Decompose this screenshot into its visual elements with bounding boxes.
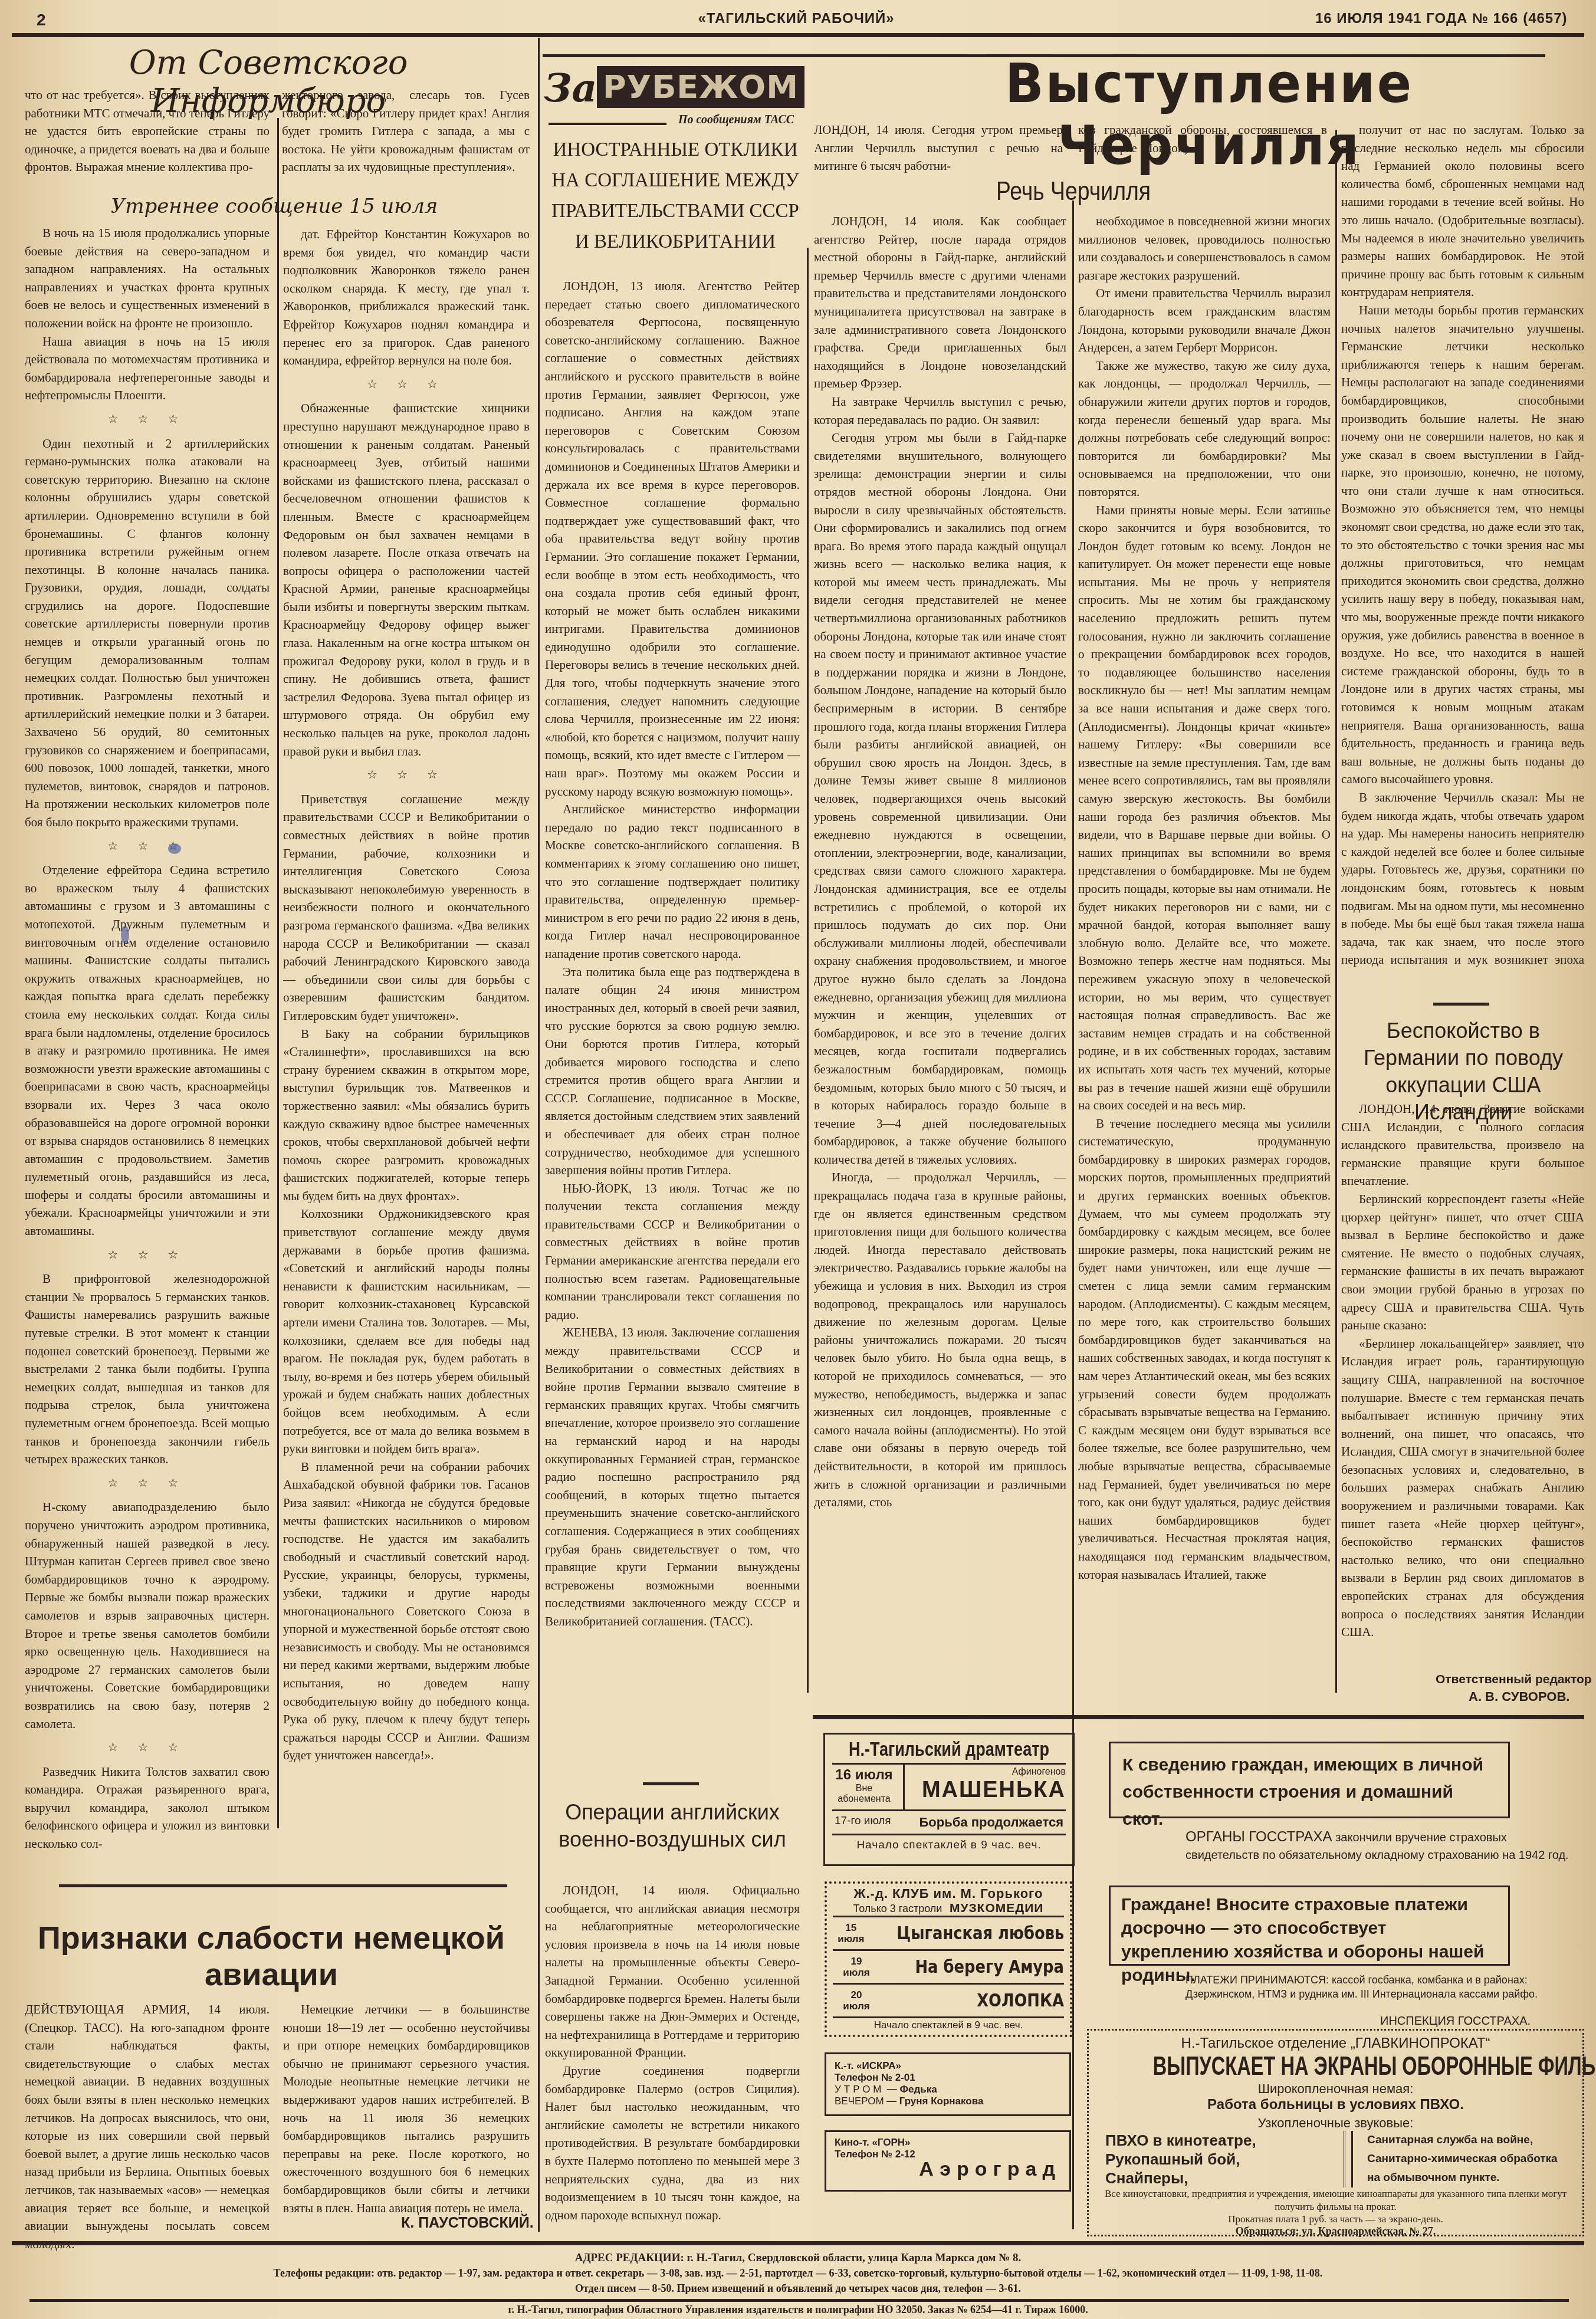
kinoprokat-price: Прокатная плата 1 руб. за часть — за экр… (1089, 2213, 1582, 2225)
page-number: 2 (37, 11, 47, 29)
paragraph: дат. Ефрейтор Константин Кожухаров во вр… (283, 225, 530, 370)
paragraph: В ночь на 15 июля продолжались упорные б… (25, 224, 270, 333)
kinoprokat-line1: Н.-Тагильское отделение „ГЛАВКИНОПРОКАТ“ (1089, 2035, 1582, 2052)
drama-play2: Борьба продолжается (919, 1815, 1063, 1830)
drama-row2: 17-го июля Борьба продолжается (825, 1811, 1073, 1834)
editor-name: А. В. СУВОРОВ. (1469, 1689, 1569, 1704)
kinoprokat-narrow-label: Узкопленочные звуковые: (1089, 2116, 1582, 2131)
iceland-body: ЛОНДОН, 14 июля. Занятие войсками США Ис… (1341, 1100, 1584, 1648)
gosstrakh-text1: ОРГАНЫ ГОССТРАХА закончили вручение стра… (1185, 1828, 1569, 1864)
paragraph: Обнаженные фашистские хищники преступно … (283, 399, 530, 760)
film-title: Санитарная служба на войне, (1367, 2131, 1566, 2150)
ads-top-rule (813, 1715, 1584, 1719)
drama-date1-cell: 16 июля Вне абонемента (825, 1765, 905, 1809)
film-title: на обмывочном пункте. (1367, 2169, 1566, 2187)
column-rule (807, 248, 809, 1693)
club-show-date: 15 июля (833, 1922, 869, 1944)
churchill-lead-col1: ЛОНДОН, 14 июля. Сегодня утром премьер А… (814, 121, 1063, 175)
section-stars: ☆ ☆ ☆ (25, 410, 270, 429)
footer-printer: г. Н.-Тагил, типография Областного Управ… (0, 2304, 1596, 2316)
section-divider (643, 1782, 699, 1785)
iskra-phone: Телефон № 2-01 (835, 2072, 1061, 2084)
newspaper-page: 2 «ТАГИЛЬСКИЙ РАБОЧИЙ» 16 ИЮЛЯ 1941 ГОДА… (0, 0, 1596, 2319)
footer-address: АДРЕС РЕДАКЦИИ: г. Н.-Тагил, Свердловско… (0, 2252, 1596, 2265)
paragraph: Английское министерство информации перед… (545, 800, 800, 963)
footer-top-rule (12, 2241, 1584, 2245)
club-show-date: 20 июля (833, 1989, 880, 2012)
gosstrakh-ad: К сведению граждан, имеющих в личной соб… (1085, 1731, 1584, 1985)
gorn-name: Кино-т. «ГОРН» (835, 2137, 1061, 2149)
column-rule (277, 118, 279, 1828)
gorn-cinema-ad: Кино-т. «ГОРН» Телефон № 2-12 Аэроград (825, 2130, 1071, 2192)
drama-theatre-title: Н.-Тагильский драмтеатр (848, 1738, 1050, 1760)
section-stars: ☆ ☆ ☆ (283, 376, 530, 394)
kinoprokat-separator (1344, 2131, 1353, 2187)
paragraph: НЬЮ-ЙОРК, 13 июля. Тотчас же по получени… (545, 1180, 800, 1324)
section-divider (1433, 1003, 1489, 1006)
kinoprokat-address: Обращаться: ул. Красноармейская, № 27. (1089, 2225, 1582, 2238)
paragraph: необходимое в повседневной жизни многих … (1078, 212, 1331, 284)
gosstrakh-signature: ИНСПЕКЦИЯ ГОССТРАХА. (1380, 2015, 1531, 2028)
kinoprokat-films-left: ПВХО в кинотеатре,Рукопашный бой,Снайпер… (1105, 2131, 1329, 2187)
paragraph: Эта политика была еще раз подтверждена в… (545, 963, 800, 1180)
drama-date2: 17-го июля (835, 1815, 891, 1830)
raf-headline: Операции английских военно-воздушных сил (546, 1799, 799, 1853)
paragraph: «Берлинер локальанцейгер» заявляет, что … (1341, 1335, 1584, 1641)
drama-date1-note: Вне (825, 1783, 903, 1794)
paragraph: Сегодня утром мы были в Гайд-парке свиде… (814, 429, 1066, 1168)
club-show-row: 19 июляНа берегу Амура (833, 1949, 1064, 1983)
iskra-evening-label: ВЕЧЕРОМ (835, 2095, 884, 2107)
footer-rule (29, 2299, 1569, 2302)
paragraph: Другие соединения подвергли бомбардировк… (545, 2062, 800, 2224)
section-stars: ☆ ☆ ☆ (25, 1246, 270, 1264)
iskra-name: К.-т. «ИСКРА» (835, 2060, 1061, 2072)
film-title: Снайперы, (1105, 2169, 1329, 2187)
gosstrakh-text1-lead: ОРГАНЫ ГОССТРАХА (1185, 1829, 1332, 1845)
paragraph: ЖЕНЕВА, 13 июля. Заключение соглашения м… (545, 1323, 800, 1630)
paragraph: ЛОНДОН, 14 июля. Как сообщает агентство … (814, 212, 1066, 393)
paragraph: Н-скому авиаподразделению было поручено … (25, 1498, 270, 1733)
ad-divider (833, 2016, 1064, 2018)
club-subtitle: Только 3 гастроли МУЗКОМЕДИИ (827, 1901, 1070, 1916)
raf-body: ЛОНДОН, 14 июля. Официально сообщается, … (545, 1881, 800, 2229)
club-show-date: 19 июля (833, 1956, 880, 1978)
club-show-title: На берегу Амура (906, 1957, 1064, 1978)
section-divider (59, 1884, 507, 1887)
paragraph: Приветствуя соглашение между правительст… (283, 790, 530, 1025)
kinoprokat-films-right: Санитарная служба на войне,Санитарно-хим… (1367, 2131, 1566, 2187)
ink-stain (121, 926, 129, 944)
churchill-lead-col2: ков гражданской обороны, состоявшемся в … (1078, 121, 1327, 157)
abroad-source-note: По сообщениям ТАСС (678, 113, 794, 127)
iskra-cinema-ad: К.-т. «ИСКРА» Телефон № 2-01 УТРОМ — Фед… (825, 2052, 1071, 2116)
club-ad: Ж.-д. КЛУБ им. М. Горького Только 3 гаст… (825, 1881, 1072, 2037)
section-stars: ☆ ☆ ☆ (25, 837, 270, 856)
film-title: Рукопашный бой, (1105, 2150, 1329, 2169)
kinoprokat-film-lists: ПВХО в кинотеатре,Рукопашный бой,Снайпер… (1089, 2131, 1582, 2187)
paragraph: От имени правительства Черчилль выразил … (1078, 284, 1331, 356)
film-title: ПВХО в кинотеатре, (1105, 2131, 1329, 2150)
paragraph: Один пехотный и 2 артиллерийских германо… (25, 435, 270, 832)
club-show-row: 15 июляЦыганская любовь (833, 1916, 1064, 1949)
club-subtitle-text: Только 3 гастроли (853, 1903, 943, 1914)
kinoprokat-wide-label: Широкопленочная немая: (1089, 2081, 1582, 2097)
paragraph: Иногда, — продолжал Черчилль, — прекраща… (814, 1168, 1066, 1511)
section-stars: ☆ ☆ ☆ (25, 1474, 270, 1493)
gosstrakh-text2-lead: ПЛАТЕЖИ ПРИНИМАЮТСЯ: (1185, 1974, 1329, 1986)
iskra-morning: УТРОМ — Федька (835, 2084, 1061, 2095)
ink-stain (168, 843, 181, 854)
iskra-evening-film: — Груня Корнакова (886, 2095, 983, 2107)
paragraph: ЛОНДОН, 13 июля. Агентство Рейтер переда… (545, 277, 800, 800)
drama-date1-note: абонемента (825, 1794, 903, 1805)
issue-line: 16 ИЮЛЯ 1941 ГОДА № 166 (4657) (1315, 11, 1568, 27)
abroad-logo-za: За (544, 65, 597, 111)
drama-author: Афиногенов (905, 1767, 1066, 1778)
column-rule (1072, 201, 1074, 2229)
column-rule (538, 38, 540, 2232)
paragraph: Колхозники Орджоникидзевского края приве… (283, 1205, 530, 1457)
paragraph: получит от нас по заслугам. Только за по… (1341, 121, 1584, 301)
paragraph: ЛОНДОН, 14 июля. Официально сообщается, … (545, 1881, 800, 2062)
newspaper-name: «ТАГИЛЬСКИЙ РАБОЧИЙ» (590, 11, 1003, 27)
section-stars: ☆ ☆ ☆ (283, 766, 530, 784)
column-rule (1335, 130, 1337, 1693)
paragraph: Наша авиация в ночь на 15 июля действова… (25, 333, 270, 405)
drama-theatre-ad: Н.-Тагильский драмтеатр 16 июля Вне абон… (823, 1733, 1075, 1866)
gosstrakh-box1: К сведению граждан, имеющих в личной соб… (1109, 1742, 1510, 1818)
paragraph: В Баку на собрании бурильщиков «Сталинне… (283, 1025, 530, 1206)
paragraph: Разведчик Никита Толстов захватил свою к… (25, 1763, 270, 1853)
sovinform-intro-col1: что от нас требуется». В своих выступлен… (25, 86, 270, 176)
paragraph: В течение последнего месяца мы усилили с… (1078, 1115, 1331, 1584)
weakness-headline: Признаки слабости немецкой авиации (24, 1920, 519, 1993)
gosstrakh-notice-1: К сведению граждан, имеющих в личной соб… (1122, 1752, 1496, 1833)
masthead-rule (12, 33, 1584, 37)
club-start-time: Начало спектаклей в 9 час. веч. (827, 2019, 1070, 2031)
footer-letters: Отдел писем — 8-50. Прием извещений и об… (0, 2282, 1596, 2295)
paragraph: В прифронтовой железнодорожной станции №… (25, 1270, 270, 1469)
club-subtitle-genre: МУЗКОМЕДИИ (950, 1901, 1044, 1915)
sovinform-intro-col2: жекторного завода, слесарь тов. Гусев го… (282, 86, 530, 176)
kinoprokat-ad: Н.-Тагильское отделение „ГЛАВКИНОПРОКАТ“… (1087, 2029, 1584, 2236)
morning-report-subtitle: Утреннее сообщение 15 июля (24, 195, 525, 218)
paragraph: Нами приняты новые меры. Если затишье ск… (1078, 501, 1331, 1115)
paragraph: ЛОНДОН, 14 июля. Занятие войсками США Ис… (1341, 1100, 1584, 1190)
sovinform-column-1: В ночь на 15 июля продолжались упорные б… (25, 224, 270, 1870)
abroad-headline: ИНОСТРАННЫЕ ОТКЛИКИ НА СОГЛАШЕНИЕ МЕЖДУ … (549, 134, 802, 257)
sovinform-column-2: дат. Ефрейтор Константин Кожухаров во вр… (283, 225, 530, 1865)
drama-play1-cell: Афиногенов МАШЕНЬКА (905, 1765, 1073, 1809)
paragraph: На завтраке Черчилль выступил с речью, к… (814, 393, 1066, 429)
film-title: Санитарно-химическая обработка (1367, 2150, 1566, 2169)
club-shows: 15 июляЦыганская любовь19 июляНа берегу … (827, 1916, 1070, 2016)
speech-title: Речь Черчилля (853, 177, 1294, 206)
paragraph: Берлинский корреспондент газеты «Нейе цю… (1341, 1190, 1584, 1335)
drama-date1: 16 июля (825, 1767, 903, 1783)
club-show-row: 20 июляХОЛОПКА (833, 1983, 1064, 2016)
abroad-logo-rule (549, 123, 666, 125)
gosstrakh-box2: Граждане! Вносите страховые платежи доср… (1109, 1886, 1510, 1966)
club-show-title: Цыганская любовь (896, 1923, 1064, 1944)
club-title: Ж.-д. КЛУБ им. М. Горького (827, 1886, 1070, 1901)
weakness-author: К. ПАУСТОВСКИЙ. (401, 2215, 534, 2232)
churchill-column-3: получит от нас по заслугам. Только за по… (1341, 121, 1584, 970)
iskra-morning-film: — Федька (887, 2084, 937, 2095)
gorn-film: Аэроград (835, 2158, 1061, 2181)
iskra-evening: ВЕЧЕРОМ — Груня Корнакова (835, 2095, 1061, 2107)
gosstrakh-text2: ПЛАТЕЖИ ПРИНИМАЮТСЯ: кассой госбанка, ко… (1185, 1973, 1575, 2001)
abroad-body: ЛОНДОН, 13 июля. Агентство Рейтер переда… (545, 277, 800, 1716)
churchill-column-1: ЛОНДОН, 14 июля. Как сообщает агентство … (814, 212, 1066, 1699)
kinoprokat-note: Все киноустановки, предприятия и учрежде… (1089, 2187, 1582, 2213)
abroad-logo-rubezhom: РУБЕЖОМ (597, 66, 804, 108)
paragraph: Наши методы борьбы против германских ноч… (1341, 301, 1584, 789)
paragraph: В заключение Черчилль сказал: Мы не буде… (1341, 789, 1584, 970)
drama-start-time: Начало спектаклей в 9 час. веч. (825, 1839, 1073, 1852)
kinoprokat-headline: ВЫПУСКАЕТ НА ЭКРАНЫ ОБОРОННЫЕ ФИЛЬМЫ: (1153, 2052, 1518, 2081)
kinoprokat-wide-film: Работа больницы в условиях ПВХО. (1089, 2097, 1582, 2113)
editor-label: Ответственный редактор (1436, 1673, 1592, 1687)
weakness-col1: ДЕЙСТВУЮЩАЯ АРМИЯ, 14 июля. (Спецкор. ТА… (25, 2001, 270, 2253)
drama-play1: МАШЕНЬКА (905, 1778, 1066, 1803)
iskra-morning-label: УТРОМ (835, 2084, 885, 2095)
weakness-col2: Немецкие летчики — в большинстве юноши 1… (283, 2001, 530, 2217)
ad-divider (832, 1834, 1066, 1835)
club-show-title: ХОЛОПКА (906, 1990, 1064, 2011)
paragraph: В пламенной речи на собрании рабочих Ашх… (283, 1458, 530, 1765)
section-stars: ☆ ☆ ☆ (25, 1739, 270, 1757)
footer-phones: Телефоны редакции: отв. редактор — 1-97,… (0, 2267, 1596, 2279)
churchill-column-2: необходимое в повседневной жизни многих … (1078, 212, 1331, 1699)
paragraph: Также же мужество, такую же силу духа, к… (1078, 357, 1331, 501)
paragraph: Отделение ефрейтора Седина встретило во … (25, 861, 270, 1240)
